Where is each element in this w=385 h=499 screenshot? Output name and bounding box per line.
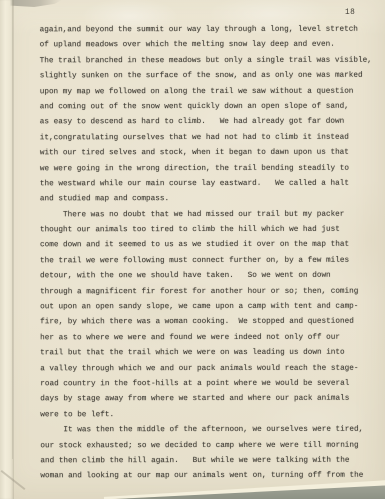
paper-crease-left [12,0,13,459]
text-line: It was then the middle of the afternoon,… [40,423,376,439]
text-line: There was no doubt that we had missed ou… [40,207,376,223]
typewritten-text-block: again,and beyond the summit our way lay … [40,23,377,485]
text-line: fire, by which there was a woman cooking… [40,315,376,331]
text-line: trail but that the trail which we were o… [40,346,376,362]
text-line: through a magnificent fir forest for ano… [40,284,376,300]
document-page: 18 again,and beyond the summit our way l… [0,0,385,499]
text-line: thought our animals too tired to climb t… [40,223,376,239]
text-line: as easy to descend as hard to climb. We … [40,115,376,131]
text-line: were to be left. [40,407,376,423]
text-line: days by stage away from where we started… [40,392,376,408]
text-line: come down and it seemed to us as we stud… [40,238,376,254]
text-line: and studied map and compass. [40,192,376,208]
text-line: our stock exhausted; so we decided to ca… [40,438,376,454]
text-line: again,and beyond the summit our way lay … [40,23,376,39]
text-line: we were going in the wrong direction, th… [40,161,376,177]
text-line: road country in the foot-hills at a poin… [40,377,376,393]
text-line: slightly sunken on the surface of the sn… [40,69,376,85]
text-line: the westward while our main course lay e… [40,177,376,193]
text-line: and then climb the hill again. But while… [40,454,376,470]
text-line: The trail branched in these meadows but … [40,53,376,69]
text-line: upon my map we followed on along the tra… [40,84,376,100]
text-line: with our tired selves and stock, when it… [40,146,376,162]
text-line: her as to where we were and found we wer… [40,331,376,347]
text-line: of upland meadows over which the melting… [40,38,376,54]
text-line: detour, with the one we should have take… [40,269,376,285]
page-number: 18 [345,9,355,18]
text-line: it,congratulating ourselves that we had … [40,130,376,146]
text-line: the trail we were following must connect… [40,254,376,270]
text-line: out upon an open sandy slope, we came up… [40,300,376,316]
scanned-page-stage: 18 again,and beyond the summit our way l… [0,0,385,499]
text-line: and coming out of the snow went quickly … [40,100,376,116]
text-line: a valley through which we and our pack a… [40,361,376,377]
text-line: woman and looking at our map our animals… [40,469,376,485]
